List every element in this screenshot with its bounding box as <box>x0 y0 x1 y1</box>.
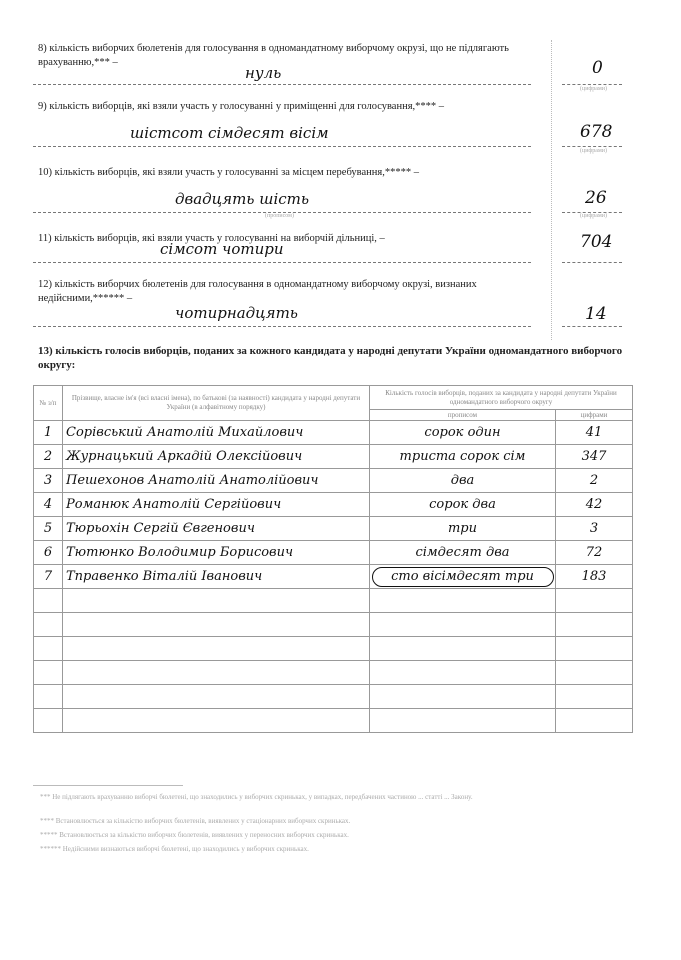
header-name: Прізвище, власне ім'я (всі власні імена)… <box>63 386 370 421</box>
table-row: 2Журнацький Аркадій Олексійовичтриста со… <box>34 445 633 469</box>
section-8-words: нуль <box>245 64 281 82</box>
cell-no: 3 <box>34 469 63 493</box>
empty-cell <box>34 613 63 637</box>
table-row: 3Пешехонов Анатолій Анатолійовичдва2 <box>34 469 633 493</box>
empty-cell <box>34 589 63 613</box>
section-9-digits: 678 <box>580 122 612 142</box>
section-12-digits: 14 <box>585 304 607 324</box>
section-10-words: двадцять шість <box>175 190 309 208</box>
section-10-label: 10) кількість виборців, які взяли участь… <box>38 166 528 180</box>
empty-row <box>34 661 633 685</box>
table-row: 4Романюк Анатолій Сергійовичсорок два42 <box>34 493 633 517</box>
divider <box>562 84 622 85</box>
empty-cell <box>34 637 63 661</box>
cell-words: сорок два <box>370 493 556 517</box>
footnote-3: ***** Встановлюється за кількістю виборч… <box>40 830 660 841</box>
footnote-1: *** Не підлягають врахуванню виборчі бюл… <box>40 792 660 803</box>
section-8-label: 8) кількість виборчих бюлетенів для голо… <box>38 42 528 70</box>
section-12-words: чотирнадцять <box>175 304 298 322</box>
empty-cell <box>556 709 633 733</box>
cell-digits: 183 <box>556 565 633 589</box>
cell-words: сто вісімдесят три <box>370 565 556 589</box>
empty-row <box>34 685 633 709</box>
table-row: 7Тправенко Віталій Івановичсто вісімдеся… <box>34 565 633 589</box>
empty-cell <box>63 613 370 637</box>
section-11-digits: 704 <box>580 232 612 252</box>
cell-digits: 347 <box>556 445 633 469</box>
section-10-digits: 26 <box>585 188 607 208</box>
cell-digits: 41 <box>556 421 633 445</box>
cell-words: три <box>370 517 556 541</box>
empty-cell <box>370 613 556 637</box>
empty-cell <box>556 613 633 637</box>
divider <box>33 146 531 147</box>
cell-name: Тюрьохін Сергій Євгенович <box>63 517 370 541</box>
candidates-table: № з/п Прізвище, власне ім'я (всі власні … <box>33 385 633 733</box>
empty-cell <box>63 589 370 613</box>
cell-no: 5 <box>34 517 63 541</box>
empty-cell <box>370 709 556 733</box>
caption-words: (прописом) <box>265 213 294 219</box>
cell-digits: 72 <box>556 541 633 565</box>
empty-cell <box>556 589 633 613</box>
empty-cell <box>370 661 556 685</box>
table-row: 1Сорівський Анатолій Михайловичсорок оди… <box>34 421 633 445</box>
cell-name: Журнацький Аркадій Олексійович <box>63 445 370 469</box>
section-11-words: сімсот чотири <box>160 240 284 258</box>
empty-cell <box>556 685 633 709</box>
section-9-words: шістсот сімдесят вісім <box>130 124 329 142</box>
caption-digits: (цифрами) <box>580 148 607 154</box>
caption-digits: (цифрами) <box>580 86 607 92</box>
divider <box>562 262 622 263</box>
table-row: 5Тюрьохін Сергій Євгеновичтри3 <box>34 517 633 541</box>
section-12-label: 12) кількість виборчих бюлетенів для гол… <box>38 278 528 306</box>
section-13-label: 13) кількість голосів виборців, поданих … <box>38 344 658 372</box>
divider <box>33 262 531 263</box>
divider <box>562 146 622 147</box>
empty-cell <box>556 637 633 661</box>
cell-no: 6 <box>34 541 63 565</box>
cell-no: 1 <box>34 421 63 445</box>
empty-cell <box>34 661 63 685</box>
cell-name: Романюк Анатолій Сергійович <box>63 493 370 517</box>
cell-digits: 2 <box>556 469 633 493</box>
section-9-label: 9) кількість виборців, які взяли участь … <box>38 100 528 114</box>
empty-row <box>34 637 633 661</box>
empty-cell <box>556 661 633 685</box>
cell-words: сорок один <box>370 421 556 445</box>
empty-cell <box>34 685 63 709</box>
table-row: 6Тютюнко Володимир Борисовичсімдесят два… <box>34 541 633 565</box>
empty-cell <box>370 685 556 709</box>
cell-name: Пешехонов Анатолій Анатолійович <box>63 469 370 493</box>
empty-row <box>34 589 633 613</box>
divider <box>33 326 531 327</box>
cell-name: Тправенко Віталій Іванович <box>63 565 370 589</box>
footnote-2: **** Встановлюється за кількістю виборчи… <box>40 816 660 827</box>
cell-no: 7 <box>34 565 63 589</box>
cell-name: Сорівський Анатолій Михайлович <box>63 421 370 445</box>
empty-cell <box>34 709 63 733</box>
divider <box>562 326 622 327</box>
margin-rule <box>551 40 552 340</box>
cell-words: сімдесят два <box>370 541 556 565</box>
cell-digits: 3 <box>556 517 633 541</box>
header-votes: Кількість голосів виборців, поданих за к… <box>370 386 633 410</box>
footnote-4: ****** Недійсними визнаються виборчі бюл… <box>40 844 660 855</box>
header-digits: цифрами <box>556 410 633 421</box>
divider <box>33 84 531 85</box>
header-words: прописом <box>370 410 556 421</box>
cell-name: Тютюнко Володимир Борисович <box>63 541 370 565</box>
caption-digits: (цифрами) <box>580 213 607 219</box>
empty-row <box>34 709 633 733</box>
empty-cell <box>63 661 370 685</box>
cell-no: 4 <box>34 493 63 517</box>
empty-cell <box>370 589 556 613</box>
empty-row <box>34 613 633 637</box>
cell-digits: 42 <box>556 493 633 517</box>
cell-no: 2 <box>34 445 63 469</box>
empty-cell <box>63 637 370 661</box>
empty-cell <box>63 709 370 733</box>
footnote-rule <box>33 785 183 786</box>
empty-cell <box>63 685 370 709</box>
cell-words: триста сорок сім <box>370 445 556 469</box>
header-no: № з/п <box>34 386 63 421</box>
section-13-text: 13) кількість голосів виборців, поданих … <box>38 345 622 371</box>
cell-words: два <box>370 469 556 493</box>
empty-cell <box>370 637 556 661</box>
section-8-digits: 0 <box>592 58 603 78</box>
